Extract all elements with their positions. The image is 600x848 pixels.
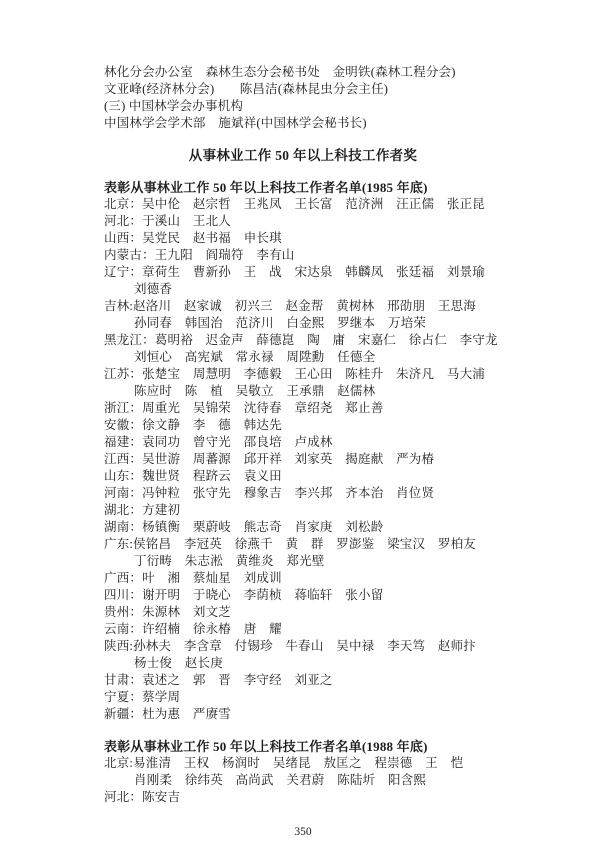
list-line: 北京：吴中伦 赵宗哲 王兆凤 王长富 范济洲 汪正儒 张正昆: [104, 196, 502, 213]
list-line: 湖北：方建初: [104, 502, 502, 519]
list-line: 广东:侯铭昌 李冠英 徐燕千 黄 群 罗澎鉴 梁宝汉 罗柏友: [104, 536, 502, 553]
list-line: 广西：叶 湘 蔡灿星 刘成训: [104, 570, 502, 587]
list-line: 北京:易淮清 王权 杨润时 吴绪昆 敖匡之 程崇德 王 恺: [104, 755, 502, 772]
list-line: 湖南：杨镇衡 栗蔚岐 熊志奇 肖家庚 刘松龄: [104, 519, 502, 536]
list-line: 江西：吴世游 周蕃源 邱开祥 刘家英 揭庭献 严为椿: [104, 451, 502, 468]
page-number: 350: [104, 825, 502, 840]
list-line: 河北：于溪山 王北人: [104, 213, 502, 230]
list-line: 内蒙古：王九阳 阎瑞符 李有山: [104, 247, 502, 264]
list-line: 丁衍畴 朱志淞 黄维炎 郑光壁: [104, 553, 502, 570]
list-line: 山东：魏世贤 程跻云 袁义田: [104, 468, 502, 485]
section-heading-1988: 表彰从事林业工作 50 年以上科技工作者名单(1988 年底): [104, 738, 502, 755]
list-line: 杨士俊 赵长庚: [104, 655, 502, 672]
list-line: 四川：谢开明 于晓心 李荫桢 蒋临轩 张小留: [104, 587, 502, 604]
section-1988: 表彰从事林业工作 50 年以上科技工作者名单(1988 年底) 北京:易淮清 王…: [104, 738, 502, 806]
preamble-line: 林化分会办公室 森林生态分会秘书处 金明铁(森林工程分会): [104, 64, 502, 81]
list-line: 福建：袁同功 曾守光 邵良培 卢成林: [104, 434, 502, 451]
preamble-line: 文亚峰(经济林分会) 陈昌洁(森林昆虫分会主任): [104, 81, 502, 98]
list-line: 孙同春 韩国治 范济川 白金熙 罗继本 万培荣: [104, 315, 502, 332]
book-page: 林化分会办公室 森林生态分会秘书处 金明铁(森林工程分会)文亚峰(经济林分会) …: [0, 0, 600, 848]
list-line: 安徽：徐文静 李 德 韩达先: [104, 417, 502, 434]
list-line: 山西：吴党民 赵书福 申长琪: [104, 230, 502, 247]
preamble: 林化分会办公室 森林生态分会秘书处 金明铁(森林工程分会)文亚峰(经济林分会) …: [104, 64, 502, 132]
section-heading-1985: 表彰从事林业工作 50 年以上科技工作者名单(1985 年底): [104, 179, 502, 196]
list-line: 刘恒心 高宪斌 常永禄 周陞勳 任德全: [104, 349, 502, 366]
list-line: 宁夏：蔡学周: [104, 689, 502, 706]
list-line: 贵州：朱源林 刘文芝: [104, 604, 502, 621]
list-line: 肖刚柔 徐纬英 高尚武 关君蔚 陈陆圻 阳含熙: [104, 772, 502, 789]
list-line: 浙江：周重光 吴锦荣 沈待春 章绍尧 郑止善: [104, 400, 502, 417]
list-line: 江苏：张楚宝 周慧明 李德毅 王心田 陈桂升 朱济凡 马大浦: [104, 366, 502, 383]
section-1985: 表彰从事林业工作 50 年以上科技工作者名单(1985 年底) 北京：吴中伦 赵…: [104, 179, 502, 723]
list-line: 刘德香: [104, 281, 502, 298]
section-lines-1988: 北京:易淮清 王权 杨润时 吴绪昆 敖匡之 程崇德 王 恺肖刚柔 徐纬英 高尚武…: [104, 755, 502, 806]
list-line: 黑龙江：葛明裕 迟金声 薛德崑 陶 庸 宋嘉仁 徐占仁 李守龙: [104, 332, 502, 349]
list-line: 云南：许绍楠 徐永椿 唐 耀: [104, 621, 502, 638]
page-content: 林化分会办公室 森林生态分会秘书处 金明铁(森林工程分会)文亚峰(经济林分会) …: [104, 64, 502, 840]
list-line: 新疆：杜为惠 严赓雪: [104, 706, 502, 723]
list-line: 河北：陈安吉: [104, 789, 502, 806]
list-line: 甘肃：袁述之 郭 晋 李守经 刘亚之: [104, 672, 502, 689]
list-line: 陕西:孙林夫 李含章 付锡珍 牛春山 吴中禄 李天笃 赵师抃: [104, 638, 502, 655]
list-line: 吉林:赵洛川 赵家诚 初兴三 赵金帮 黄树林 邢劭朋 王思海: [104, 298, 502, 315]
list-line: 辽宁：章荷生 曹新孙 王 战 宋达泉 韩麟凤 张廷福 刘景瑜: [104, 264, 502, 281]
award-title: 从事林业工作 50 年以上科技工作者奖: [104, 147, 502, 164]
list-line: 陈应时 陈 植 吴敬立 王承鼎 赵儒林: [104, 383, 502, 400]
preamble-line: 中国林学会学术部 施斌祥(中国林学会秘书长): [104, 115, 502, 132]
list-line: 河南：冯钟粒 张守先 穆象吉 李兴邦 齐本治 肖位贤: [104, 485, 502, 502]
section-lines-1985: 北京：吴中伦 赵宗哲 王兆凤 王长富 范济洲 汪正儒 张正昆河北：于溪山 王北人…: [104, 196, 502, 723]
preamble-line: (三) 中国林学会办事机构: [104, 98, 502, 115]
